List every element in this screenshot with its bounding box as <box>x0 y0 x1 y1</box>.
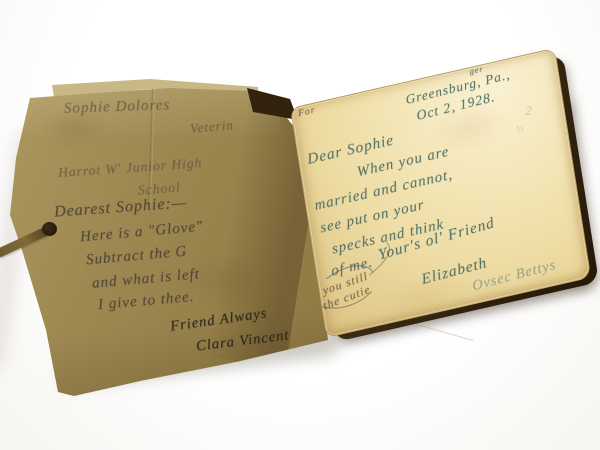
handwritten-line-verse-1: Here is a "Glove" <box>80 220 204 246</box>
binding-cord-knot <box>42 222 57 236</box>
handwritten-line-verse-4: I give to thee. <box>98 290 196 313</box>
handwritten-line-school-1: Harrot W' Junior High <box>58 156 203 180</box>
handwritten-line-salutation: Dearest Sophie:— <box>54 195 188 220</box>
handwritten-line-veterin: Veterin <box>190 118 235 135</box>
faint-pencil-mark: ½ <box>516 124 526 136</box>
faint-pencil-mark: 2 <box>526 104 533 117</box>
corner-note-for: For <box>298 106 317 119</box>
thread-mark <box>416 324 474 341</box>
photo-autograph-album: Sophie Dolores Veterin Harrot W' Junior … <box>0 0 600 450</box>
handwritten-line-verse-2: Subtract the G <box>86 245 188 269</box>
